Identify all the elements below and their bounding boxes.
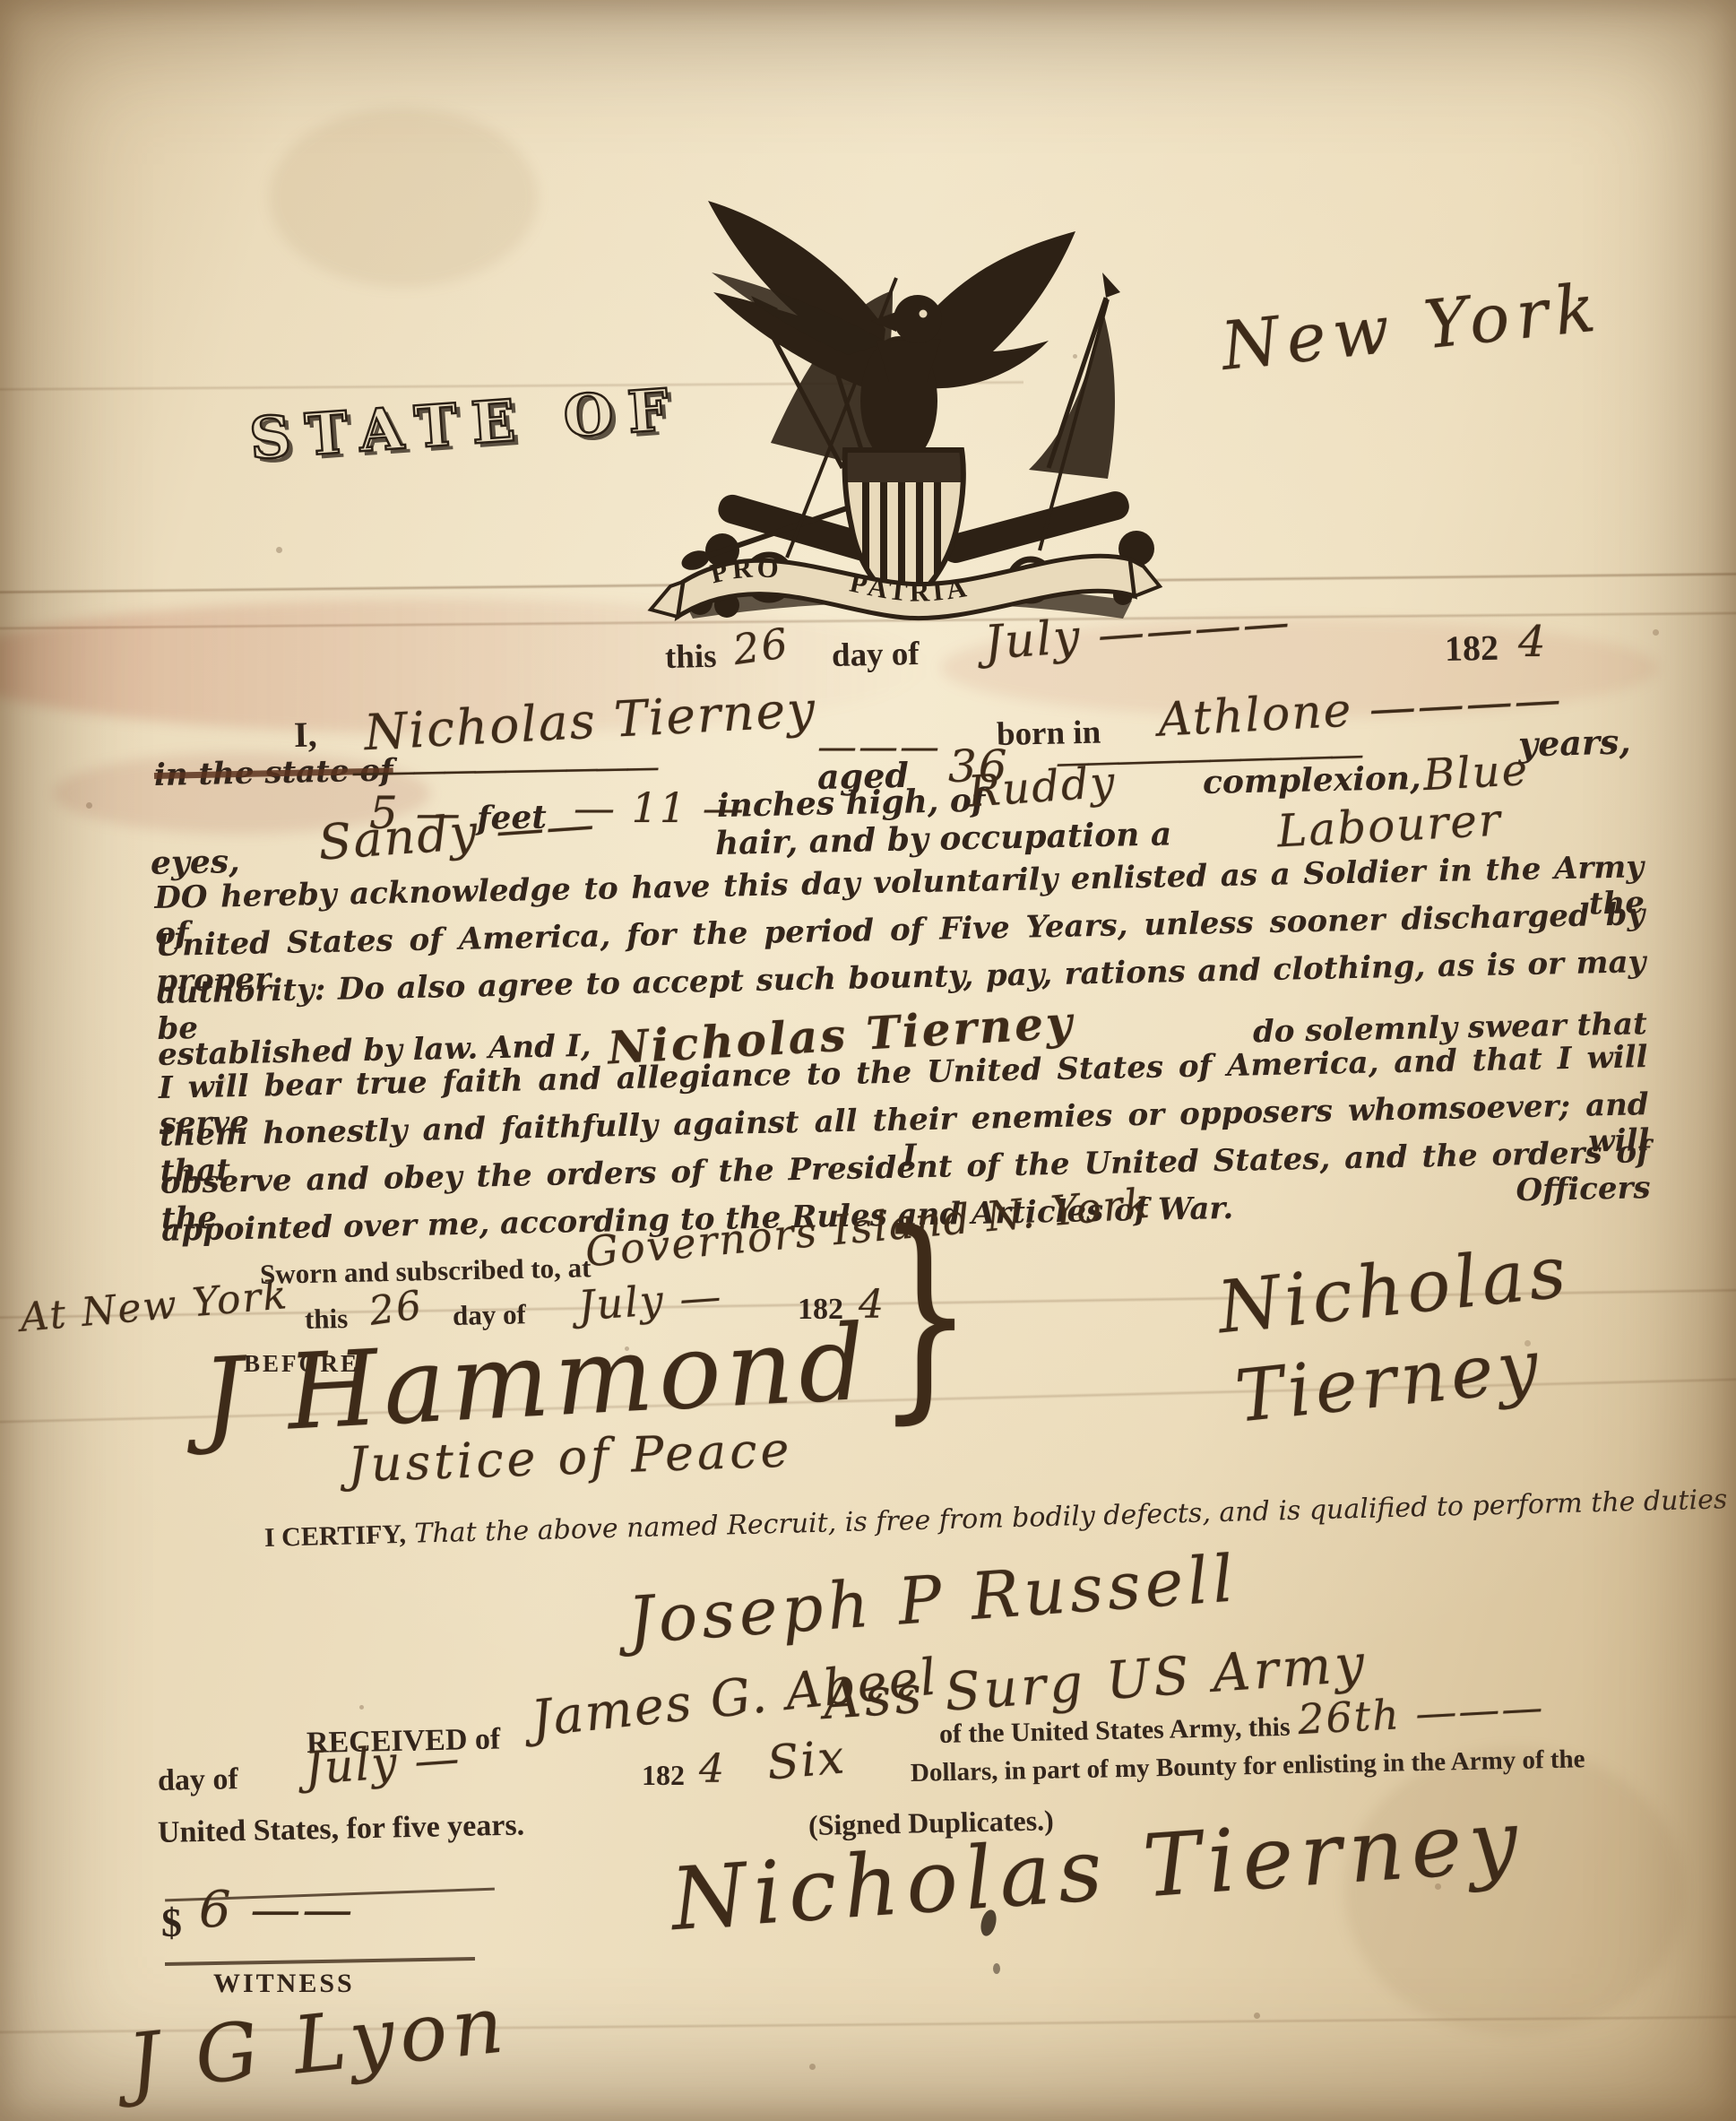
amount-rule-bottom [165,1957,475,1966]
date-dayof-label: day of [832,635,920,675]
hair-color-handwritten: Sandy —— [316,795,598,870]
dollars-text: Dollars, in part of my Bounty for enlist… [911,1744,1585,1788]
of-army-label: of the United States Army, this [939,1712,1291,1750]
term-text: United States, for five years. [158,1808,525,1850]
dollar-sign: $ [161,1899,182,1946]
ink-blot [993,1963,1000,1974]
eagle-emblem: PRO PATRIA [608,172,1190,647]
received-year-handwritten: 4 [699,1746,726,1792]
sworn-line-label: Sworn and subscribed to, at [260,1251,592,1291]
certify-text: That the above named Recruit, is free fr… [405,1479,1736,1550]
eyes-label: eyes, [151,843,240,882]
complexion-handwritten: Ruddy [966,757,1118,817]
received-month-handwritten: July — [303,1732,462,1795]
date-year-handwritten: 4 [1518,617,1548,667]
date-day-handwritten: 26 [730,619,792,674]
state-name-handwritten: New York [1218,269,1606,385]
date-year-printed: 182 [1445,627,1499,670]
years-label: years, [1517,721,1631,764]
date-this-label: this [665,637,717,677]
eye-color-handwritten: Blue [1422,745,1531,801]
i-label: I, [294,713,318,756]
certify-line: I CERTIFY, That the above named Recruit,… [264,1479,1736,1554]
received-year-printed: 182 [642,1759,685,1792]
payer-handwritten: James G. Abeel [529,1648,941,1748]
margin-place-handwritten: At New York [18,1272,290,1341]
paper-speckles [0,0,3,3]
complexion-label: complexion, [1203,759,1421,801]
witness-signature: J G Lyon [124,1978,513,2109]
birthplace-handwritten: Athlone ———— [1157,672,1564,748]
surgeon-signature: Joseph P Russell [626,1540,1240,1658]
inches-label: inches high, of [717,782,986,825]
stain [269,108,538,287]
brace: } [877,1186,975,1443]
enlistment-document: STATE OF New York [0,0,1736,2121]
amount-figure-handwritten: 6 —— [199,1881,354,1939]
occupation-handwritten: Labourer [1276,793,1503,857]
certify-label: I CERTIFY, [264,1519,407,1553]
bounty-recruit-signature: Nicholas Tierney [668,1790,1528,1950]
amount-words-handwritten: Six [765,1730,848,1790]
received-dayof-label: day of [158,1762,239,1798]
